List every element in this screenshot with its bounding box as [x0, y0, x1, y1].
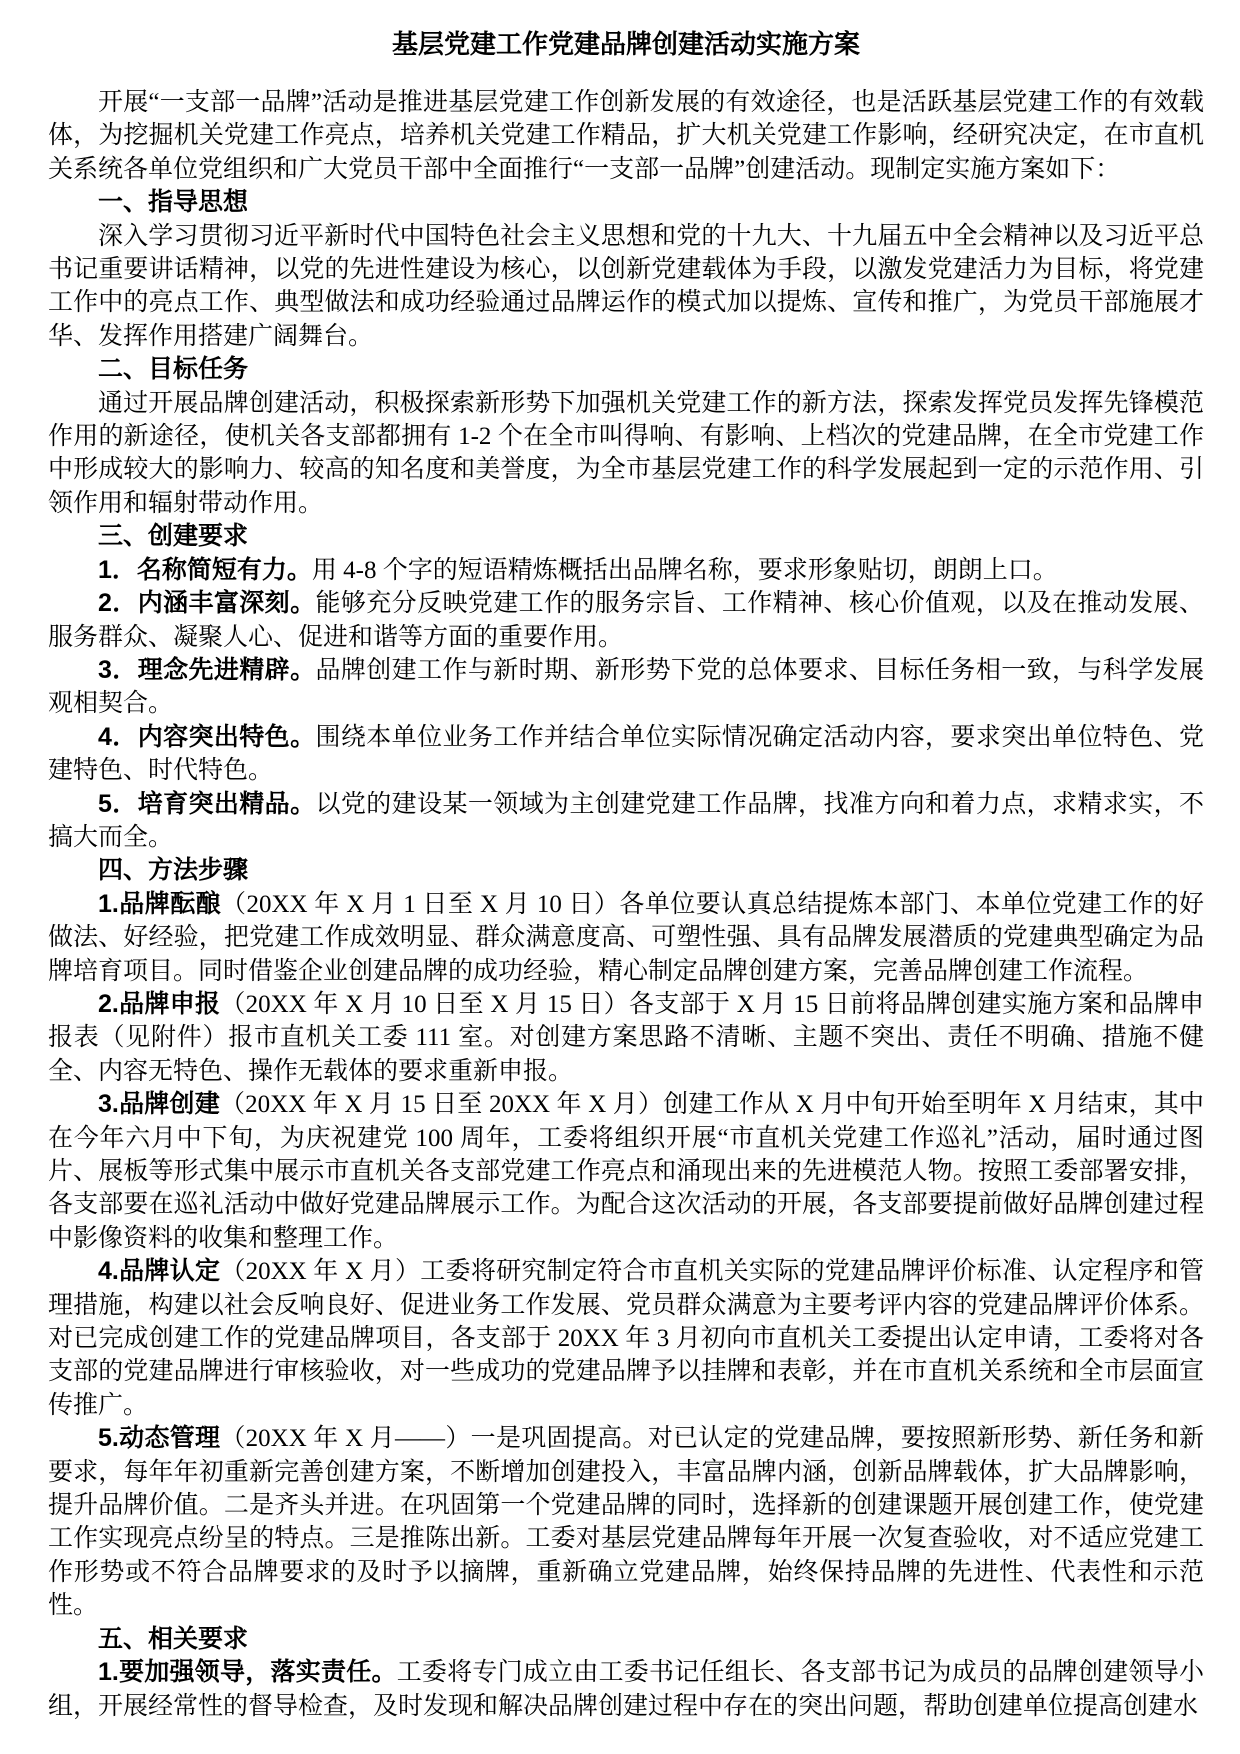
- numbered-item: 4．内容突出特色。围绕本单位业务工作并结合单位实际情况确定活动内容，要求突出单位…: [48, 721, 1204, 788]
- numbered-item: 5．培育突出精品。以党的建设某一领域为主创建党建工作品牌，找准方向和着力点，求精…: [48, 788, 1204, 855]
- paragraph: 通过开展品牌创建活动，积极探索新形势下加强机关党建工作的新方法，探索发挥党员发挥…: [48, 387, 1204, 521]
- item-lead: 2.品牌申报: [98, 990, 220, 1018]
- item-lead: 4．内容突出特色。: [98, 723, 315, 751]
- item-lead: 4.品牌认定: [98, 1257, 220, 1285]
- numbered-item: 1.要加强领导，落实责任。工委将专门成立由工委书记任组长、各支部书记为成员的品牌…: [48, 1656, 1204, 1723]
- item-lead: 3.品牌创建: [98, 1090, 220, 1118]
- document-page: 基层党建工作党建品牌创建活动实施方案 开展“一支部一品牌”活动是推进基层党建工作…: [0, 0, 1240, 1754]
- item-lead: 1.要加强领导，落实责任。: [98, 1658, 397, 1686]
- item-lead: 5.动态管理: [98, 1424, 220, 1452]
- item-lead: 1.品牌酝酿: [98, 890, 221, 918]
- section-heading: 一、指导思想: [48, 186, 1204, 219]
- numbered-item: 2.品牌申报（20XX 年 X 月 10 日至 X 月 15 日）各支部于 X …: [48, 988, 1204, 1088]
- numbered-item: 4.品牌认定（20XX 年 X 月）工委将研究制定符合市直机关实际的党建品牌评价…: [48, 1255, 1204, 1422]
- paragraph: 开展“一支部一品牌”活动是推进基层党建工作创新发展的有效途径，也是活跃基层党建工…: [48, 86, 1204, 186]
- numbered-item: 5.动态管理（20XX 年 X 月——）一是巩固提高。对已认定的党建品牌，要按照…: [48, 1422, 1204, 1622]
- item-lead: 5．培育突出精品。: [98, 790, 315, 818]
- section-heading: 二、目标任务: [48, 353, 1204, 386]
- item-lead: 2．内涵丰富深刻。: [98, 589, 315, 617]
- section-heading: 五、相关要求: [48, 1623, 1204, 1656]
- numbered-item: 3.品牌创建（20XX 年 X 月 15 日至 20XX 年 X 月）创建工作从…: [48, 1088, 1204, 1255]
- document-body: 开展“一支部一品牌”活动是推进基层党建工作创新发展的有效途径，也是活跃基层党建工…: [48, 86, 1204, 1723]
- item-lead: 1．名称简短有力。: [98, 556, 312, 584]
- item-lead: 3．理念先进精辟。: [98, 656, 315, 684]
- numbered-item: 3．理念先进精辟。品牌创建工作与新时期、新形势下党的总体要求、目标任务相一致，与…: [48, 654, 1204, 721]
- document-title: 基层党建工作党建品牌创建活动实施方案: [48, 24, 1204, 64]
- paragraph: 深入学习贯彻习近平新时代中国特色社会主义思想和党的十九大、十九届五中全会精神以及…: [48, 220, 1204, 354]
- section-heading: 四、方法步骤: [48, 854, 1204, 887]
- numbered-item: 1.品牌酝酿（20XX 年 X 月 1 日至 X 月 10 日）各单位要认真总结…: [48, 888, 1204, 988]
- section-heading: 三、创建要求: [48, 520, 1204, 553]
- numbered-item: 1．名称简短有力。用 4-8 个字的短语精炼概括出品牌名称，要求形象贴切，朗朗上…: [48, 554, 1204, 587]
- numbered-item: 2．内涵丰富深刻。能够充分反映党建工作的服务宗旨、工作精神、核心价值观，以及在推…: [48, 587, 1204, 654]
